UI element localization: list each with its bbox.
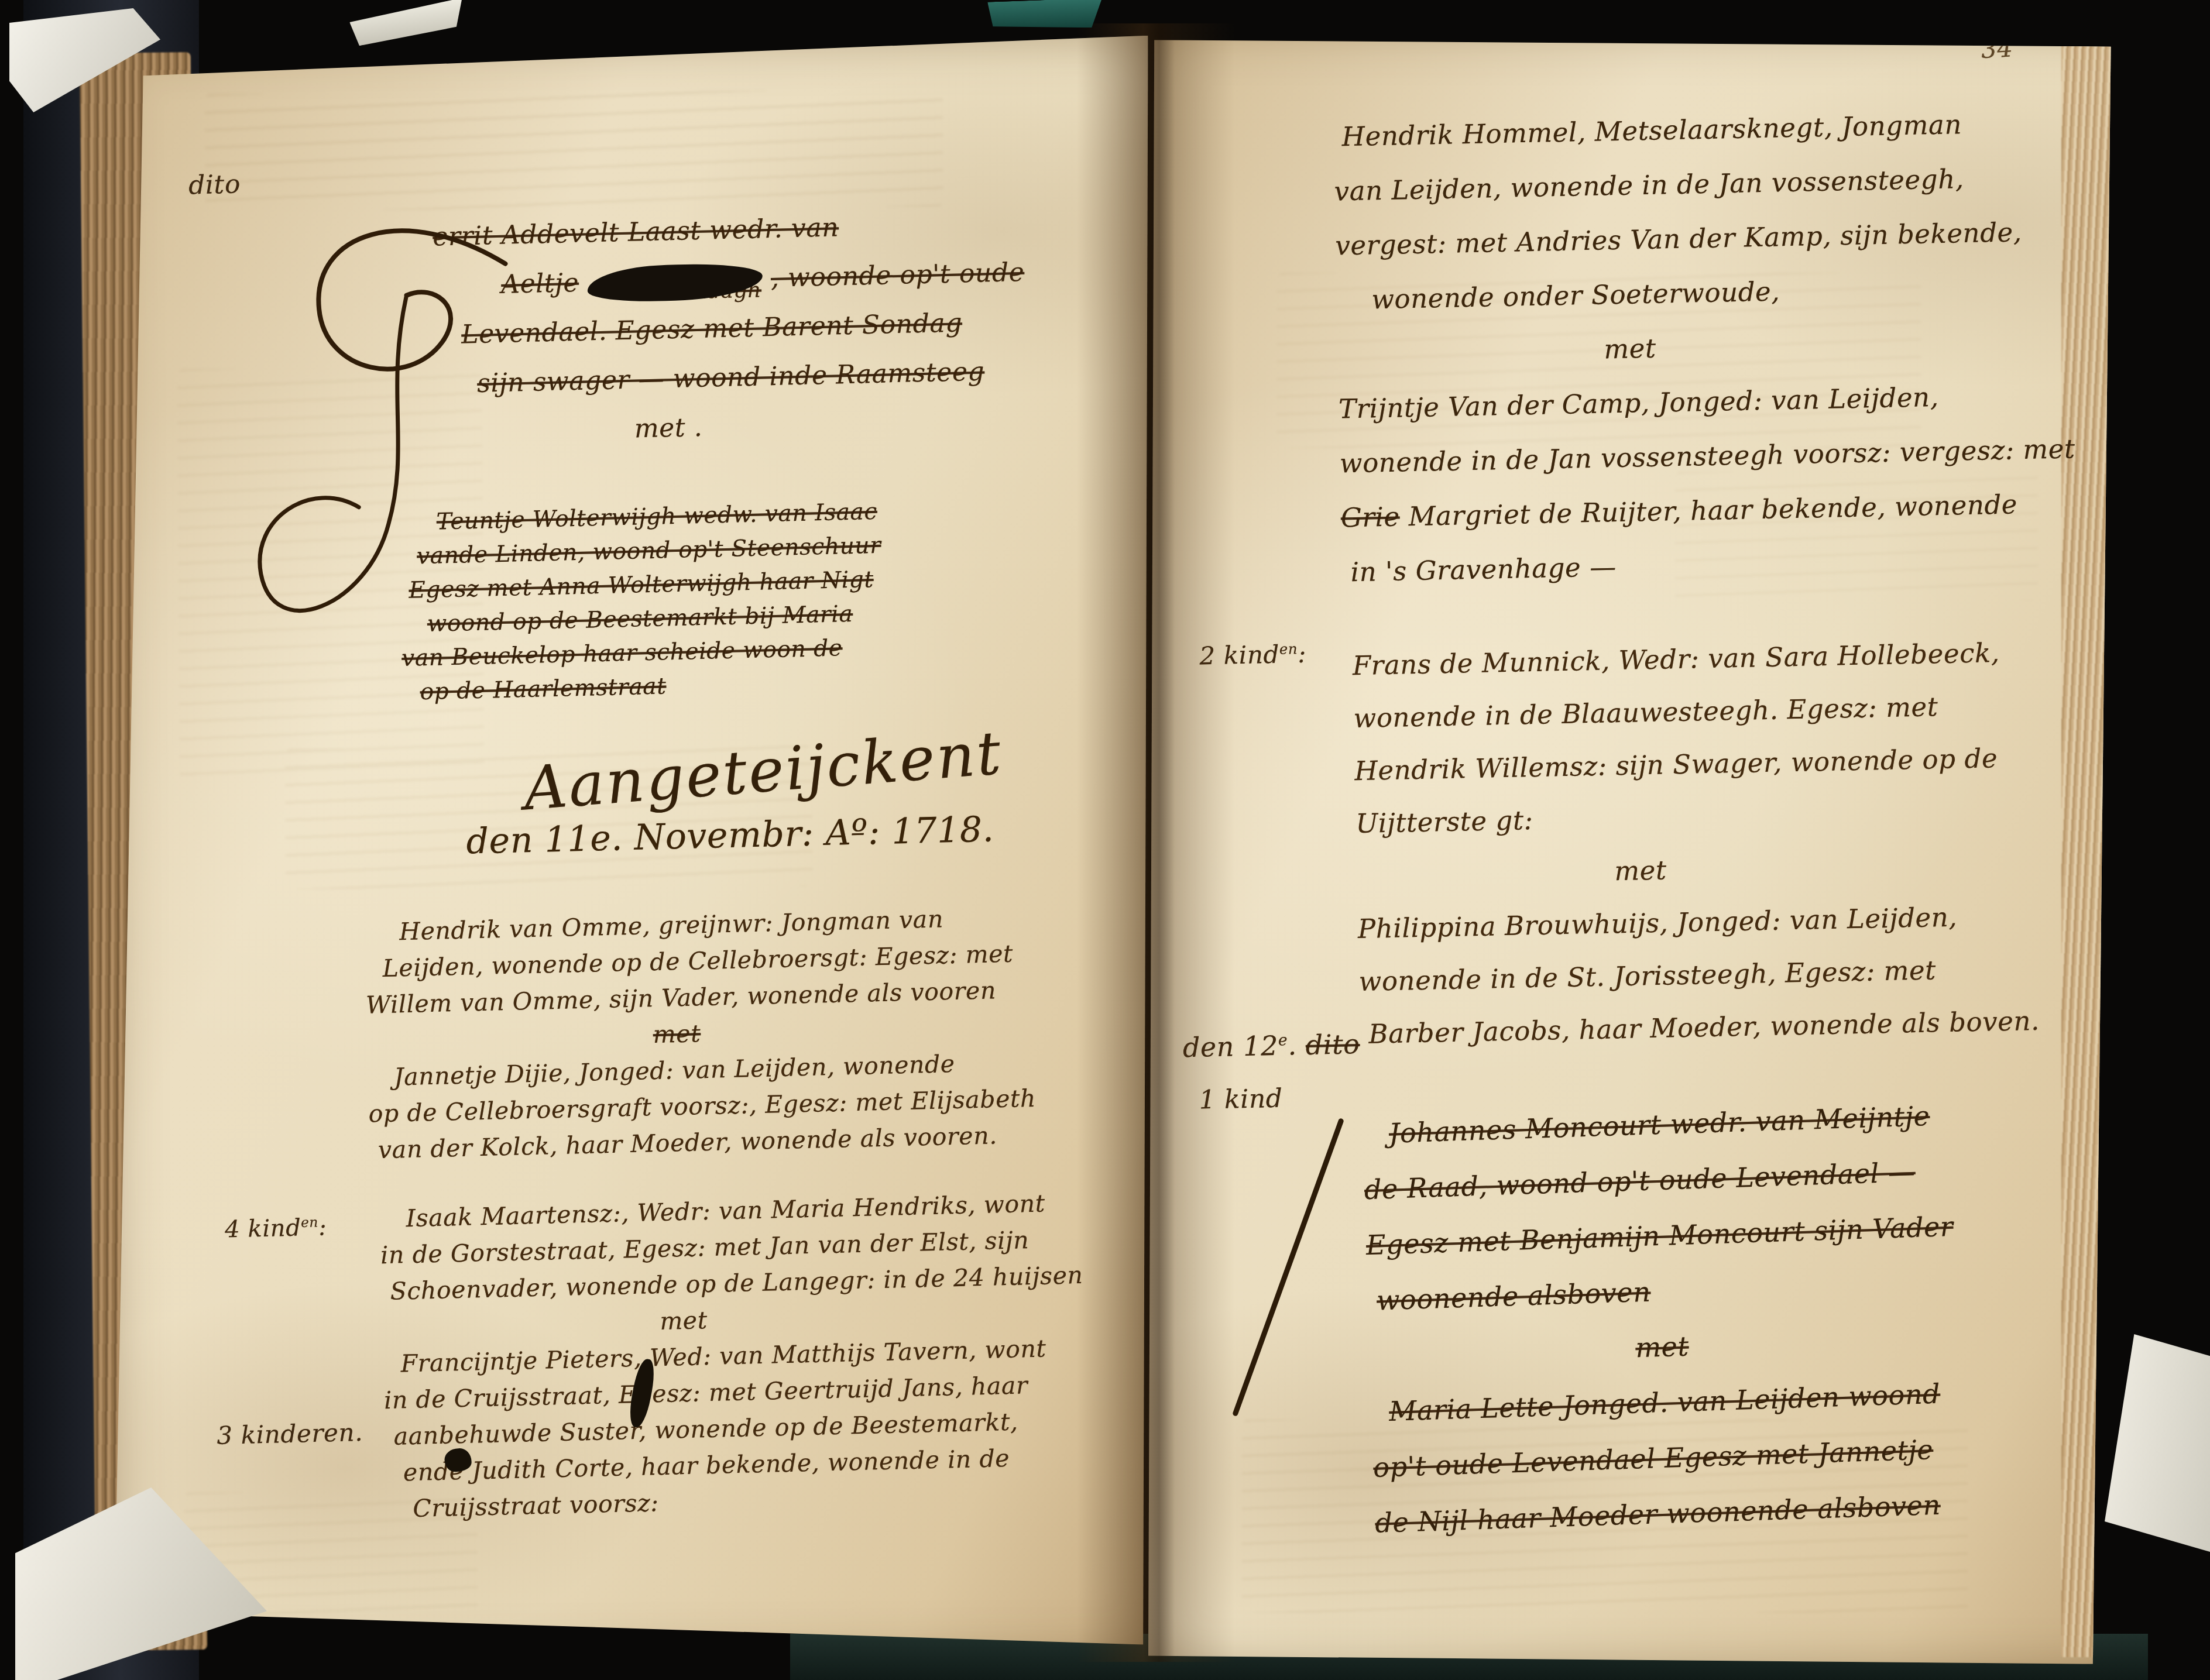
ink-blot [444, 1448, 472, 1472]
manuscript-photo: dito errit Addevelt Laast wedr. van Sond… [0, 0, 2210, 1680]
entry-hendrik-van-omme: Hendrik van Omme, greijnwr: Jongman van … [364, 896, 1131, 1169]
cloth-top [348, 0, 466, 47]
flourish-slash [1232, 1118, 1344, 1417]
entry-hendrik-hommel: Hendrik Hommel, Metselaarsknegt, Jongman… [1333, 94, 2127, 600]
margin-note-3-kinderen: 3 kinderen. [217, 1418, 363, 1450]
entry-frans-de-munnick: Frans de Munnick, Wedr: van Sara Hollebe… [1343, 624, 2136, 1061]
page-number: 34 [1981, 33, 2014, 64]
left-page: dito errit Addevelt Laast wedr. van Sond… [105, 36, 1169, 1664]
entry-isaak-maartensz: Isaak Maartensz:, Wedr: van Maria Hendri… [370, 1183, 1151, 1527]
left-page-text: dito errit Addevelt Laast wedr. van Sond… [102, 20, 1193, 1667]
headband-teal [987, 0, 1103, 31]
entry-johannes-moncourt: Johannes Moncourt wedr. van Meijntje de … [1361, 1081, 2160, 1551]
initial-flourish [229, 191, 605, 785]
margin-note-dito: dito [188, 169, 241, 200]
right-page: 34 Hendrik Hommel, Metselaarsknegt, Jong… [1148, 27, 2147, 1669]
right-page-text: 34 Hendrik Hommel, Metselaarsknegt, Jong… [1145, 11, 2176, 1672]
margin-note-4-kinderen: 4 kinden: [225, 1214, 327, 1243]
corner-cloth-right [2105, 1334, 2210, 1552]
book-gutter-shadow [1077, 23, 1235, 1662]
